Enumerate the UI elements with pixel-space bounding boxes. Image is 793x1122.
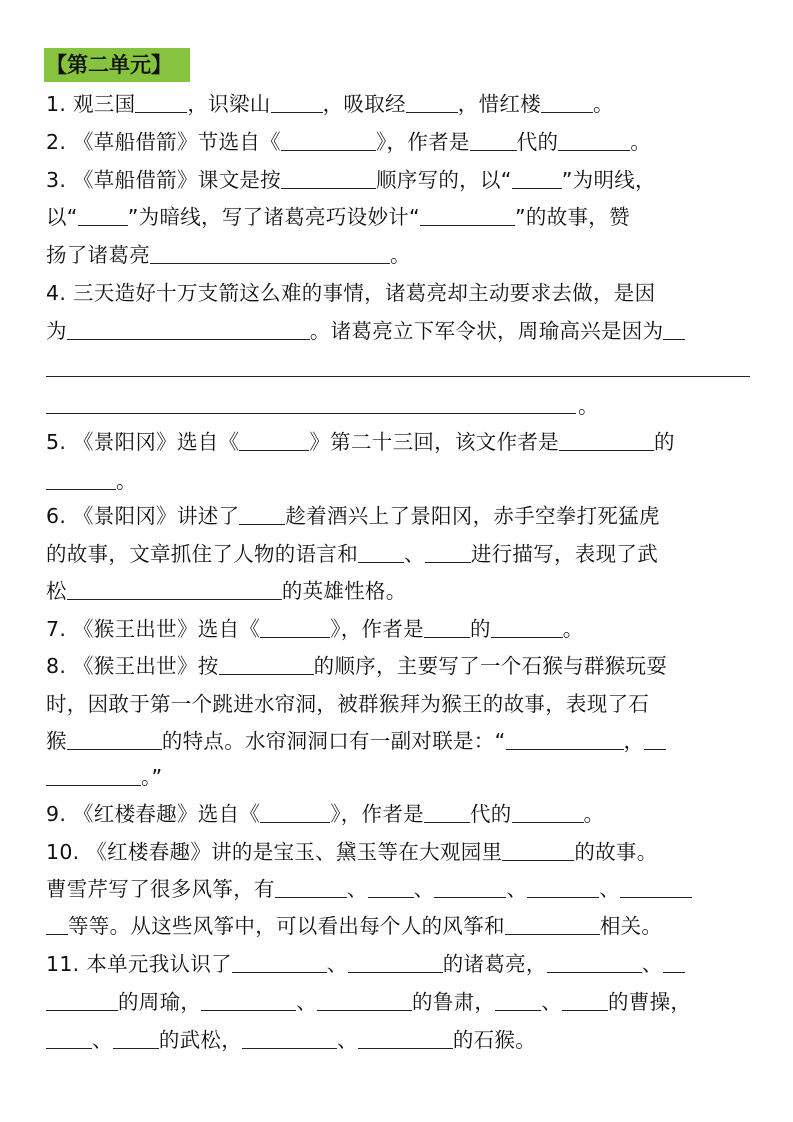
question-text: 为 — [46, 319, 67, 343]
answer-blank[interactable] — [67, 729, 162, 750]
question-text: 、 — [506, 877, 527, 901]
answer-blank[interactable] — [425, 542, 471, 563]
question-text: 顺序写的，以“ — [376, 168, 512, 192]
question-text: ，吸取经 — [323, 92, 406, 116]
answer-blank[interactable] — [406, 92, 458, 113]
question-text: 2. 《草船借箭》节选自《 — [46, 130, 281, 154]
answer-blank[interactable] — [559, 430, 654, 451]
answer-blank[interactable] — [281, 130, 376, 151]
question-text: 的 — [470, 617, 491, 641]
question-text: 扬了诸葛亮 — [46, 243, 150, 267]
answer-blank[interactable] — [562, 990, 608, 1011]
answer-blank[interactable] — [512, 168, 562, 189]
question-text: ”的故事，赞 — [515, 205, 630, 229]
worksheet-line: 的故事，文章抓住了人物的语言和、进行描写，表现了武 — [46, 539, 658, 569]
question-text: 的诸葛亮， — [443, 952, 547, 976]
answer-blank[interactable] — [271, 92, 323, 113]
answer-blank[interactable] — [67, 319, 310, 340]
question-text: 等等。从这些风筝中，可以看出每个人的风筝和 — [68, 914, 505, 938]
question-text: 以“ — [46, 205, 78, 229]
question-text: 、 — [347, 877, 368, 901]
worksheet-line: 9. 《红楼春趣》选自《》，作者是代的。 — [46, 799, 604, 829]
answer-blank[interactable] — [150, 243, 390, 264]
question-text: 时，因敢于第一个跳进水帘洞，被群猴拜为猴王的故事，表现了石 — [46, 692, 649, 716]
question-text: ， — [624, 729, 645, 753]
question-text: 的故事。 — [574, 840, 657, 864]
question-text: 。诸葛亮立下军令状，周瑜高兴是因为 — [310, 319, 664, 343]
question-text: 、 — [642, 952, 663, 976]
answer-blank[interactable] — [512, 802, 584, 823]
answer-blank[interactable] — [470, 130, 517, 151]
answer-blank[interactable] — [46, 914, 68, 935]
answer-blank[interactable] — [46, 990, 118, 1011]
answer-blank[interactable] — [219, 654, 314, 675]
answer-blank[interactable] — [527, 877, 599, 898]
question-text: 6. 《景阳冈》讲述了 — [46, 504, 239, 528]
answer-blank[interactable] — [260, 617, 330, 638]
question-text: 猴 — [46, 729, 67, 753]
worksheet-line: 10. 《红楼春趣》讲的是宝玉、黛玉等在大观园里的故事。 — [46, 837, 658, 867]
answer-blank[interactable] — [46, 469, 116, 490]
answer-blank[interactable] — [135, 92, 187, 113]
worksheet-line: 扬了诸葛亮。 — [46, 240, 411, 270]
answer-blank[interactable] — [275, 877, 347, 898]
answer-blank[interactable] — [505, 914, 600, 935]
question-text: 、 — [92, 1028, 113, 1052]
question-text: 的故事，文章抓住了人物的语言和 — [46, 542, 358, 566]
answer-line[interactable] — [46, 376, 750, 377]
question-text: 的周瑜， — [118, 990, 201, 1014]
answer-blank[interactable] — [260, 802, 330, 823]
question-text: 10. 《红楼春趣》讲的是宝玉、黛玉等在大观园里 — [46, 840, 502, 864]
worksheet-line: 2. 《草船借箭》节选自《》，作者是代的。 — [46, 127, 651, 157]
worksheet-line: 6. 《景阳冈》讲述了趁着酒兴上了景阳冈，赤手空拳打死猛虎 — [46, 501, 660, 531]
worksheet-line: 7. 《猴王出世》选自《》，作者是的。 — [46, 614, 584, 644]
worksheet-line: 11. 本单元我认识了、的诸葛亮，、 — [46, 949, 685, 979]
question-text: ”为暗线，写了诸葛亮巧设妙计“ — [128, 205, 420, 229]
answer-blank[interactable] — [547, 952, 642, 973]
worksheet-line: 的周瑜，、的鲁肃，、的曹操， — [46, 987, 691, 1017]
answer-blank[interactable] — [502, 840, 574, 861]
answer-blank[interactable] — [368, 877, 414, 898]
question-text: 9. 《红楼春趣》选自《 — [46, 802, 260, 826]
worksheet-line: 1. 观三国，识梁山，吸取经，惜红楼。 — [46, 89, 614, 119]
question-text: 的顺序，主要写了一个石猴与群猴玩耍 — [314, 654, 668, 678]
question-text: 、 — [404, 542, 425, 566]
answer-blank[interactable] — [113, 1028, 159, 1049]
answer-blank[interactable] — [358, 1028, 453, 1049]
worksheet-line: 5. 《景阳冈》选自《》第二十三回，该文作者是的 — [46, 427, 675, 457]
worksheet-line: 。 — [46, 466, 137, 496]
answer-blank[interactable] — [663, 952, 685, 973]
worksheet-line: 以“”为暗线，写了诸葛亮巧设妙计“”的故事，赞 — [46, 202, 630, 232]
question-text: 。 — [390, 243, 411, 267]
answer-blank[interactable] — [348, 952, 443, 973]
answer-blank[interactable] — [201, 990, 296, 1011]
question-text: 。 — [563, 617, 584, 641]
worksheet-line: 猴的特点。水帘洞洞口有一副对联是：“， — [46, 726, 666, 756]
question-text: 曹雪芹写了很多风筝，有 — [46, 877, 275, 901]
question-text: 1. 观三国 — [46, 92, 135, 116]
worksheet-line: 时，因敢于第一个跳进水帘洞，被群猴拜为猴王的故事，表现了石 — [46, 689, 649, 719]
question-text: 。 — [578, 391, 599, 421]
question-text: 4. 三天造好十万支箭这么难的事情，诸葛亮却主动要求去做，是因 — [46, 281, 655, 305]
question-text: 的特点。水帘洞洞口有一副对联是：“ — [162, 729, 506, 753]
answer-blank[interactable] — [232, 952, 327, 973]
question-text: 。 — [116, 469, 137, 493]
answer-blank[interactable] — [239, 504, 285, 525]
answer-blank[interactable] — [242, 1028, 337, 1049]
unit-header: 【第二单元】 — [44, 48, 190, 82]
answer-blank[interactable] — [491, 617, 563, 638]
question-text: 》，作者是 — [330, 802, 424, 826]
worksheet-line: 3. 《草船借箭》课文是按顺序写的，以“”为明线， — [46, 165, 656, 195]
answer-blank[interactable] — [67, 579, 282, 600]
question-text: 》，作者是 — [330, 617, 424, 641]
worksheet-line: 8. 《猴王出世》按的顺序，主要写了一个石猴与群猴玩耍 — [46, 651, 667, 681]
question-text: ，识梁山 — [187, 92, 270, 116]
question-text: 》第二十三回，该文作者是 — [309, 430, 559, 454]
question-text: 11. 本单元我认识了 — [46, 952, 232, 976]
answer-line[interactable] — [46, 413, 576, 414]
question-text: 代的 — [517, 130, 559, 154]
answer-blank[interactable] — [663, 319, 685, 340]
answer-blank[interactable] — [644, 729, 666, 750]
answer-blank[interactable] — [46, 1028, 92, 1049]
question-text: 。 — [584, 802, 605, 826]
answer-blank[interactable] — [620, 877, 692, 898]
answer-blank[interactable] — [424, 617, 470, 638]
answer-blank[interactable] — [434, 877, 506, 898]
question-text: 8. 《猴王出世》按 — [46, 654, 219, 678]
question-text: 3. 《草船借箭》课文是按 — [46, 168, 281, 192]
answer-blank[interactable] — [558, 130, 630, 151]
question-text: 。” — [141, 765, 162, 789]
question-text: 。 — [630, 130, 651, 154]
question-text: 、 — [414, 877, 435, 901]
worksheet-line: 、的武松，、的石猴。 — [46, 1025, 536, 1055]
answer-blank[interactable] — [420, 205, 515, 226]
answer-blank[interactable] — [317, 990, 412, 1011]
answer-blank[interactable] — [239, 430, 309, 451]
question-text: 、 — [541, 990, 562, 1014]
question-text: 的石猴。 — [453, 1028, 536, 1052]
question-text: 、 — [296, 990, 317, 1014]
answer-blank[interactable] — [78, 205, 128, 226]
worksheet-line: 。” — [46, 762, 162, 792]
question-text: 5. 《景阳冈》选自《 — [46, 430, 239, 454]
worksheet-line: 曹雪芹写了很多风筝，有、、、、 — [46, 874, 692, 904]
question-text: 松 — [46, 579, 67, 603]
question-text: 的鲁肃， — [412, 990, 495, 1014]
question-text: 代的 — [470, 802, 512, 826]
question-text: 的 — [654, 430, 675, 454]
question-text: 的英雄性格。 — [282, 579, 407, 603]
question-text: 7. 《猴王出世》选自《 — [46, 617, 260, 641]
answer-blank[interactable] — [424, 802, 470, 823]
question-text: 。 — [593, 92, 614, 116]
question-text: 、 — [337, 1028, 358, 1052]
worksheet-line: 松的英雄性格。 — [46, 576, 407, 606]
question-text: 相关。 — [600, 914, 662, 938]
answer-blank[interactable] — [506, 729, 624, 750]
question-text: 》，作者是 — [376, 130, 470, 154]
question-text: 趁着酒兴上了景阳冈，赤手空拳打死猛虎 — [285, 504, 659, 528]
answer-blank[interactable] — [541, 92, 593, 113]
question-text: 的曹操， — [608, 990, 691, 1014]
answer-blank[interactable] — [281, 168, 376, 189]
answer-blank[interactable] — [495, 990, 541, 1011]
question-text: 、 — [327, 952, 348, 976]
question-text: ，惜红楼 — [458, 92, 541, 116]
question-text: 的武松， — [159, 1028, 242, 1052]
worksheet-line: 4. 三天造好十万支箭这么难的事情，诸葛亮却主动要求去做，是因 — [46, 278, 655, 308]
question-text: 进行描写，表现了武 — [471, 542, 658, 566]
question-text: ”为明线， — [562, 168, 656, 192]
answer-blank[interactable] — [358, 542, 404, 563]
worksheet-line: 等等。从这些风筝中，可以看出每个人的风筝和相关。 — [46, 911, 662, 941]
answer-blank[interactable] — [46, 765, 141, 786]
worksheet-line: 为。诸葛亮立下军令状，周瑜高兴是因为 — [46, 316, 685, 346]
question-text: 、 — [599, 877, 620, 901]
